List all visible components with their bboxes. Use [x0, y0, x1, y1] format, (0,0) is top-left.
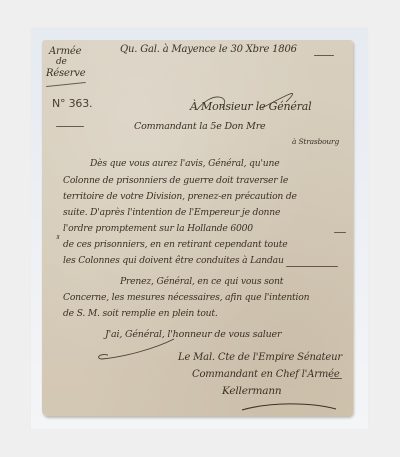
amount-dash [334, 232, 346, 233]
manuscript-letter: Armée de Réserve N° 363. Qu. Gal. à Maye… [42, 40, 353, 416]
photo-backdrop: Armée de Réserve N° 363. Qu. Gal. à Maye… [0, 0, 400, 457]
margin-reserve: Réserve [46, 68, 85, 79]
addressee-line3: à Strasbourg [292, 137, 339, 146]
addressee-flourish [192, 88, 302, 118]
body-line-5: l'ordre promptement sur la Hollande 6000 [63, 223, 253, 234]
landau-underline [286, 266, 338, 267]
margin-number: N° 363. [52, 97, 92, 110]
signature-dash [330, 378, 342, 379]
addressee-line2: Commandant la 5e Don Mre [134, 121, 265, 132]
signature-name: Kellermann [222, 385, 281, 397]
dateline: Qu. Gal. à Mayence le 30 Xbre 1806 [120, 44, 297, 55]
margin-army: Armée [49, 46, 81, 57]
margin-dash [56, 126, 84, 127]
body-line-1: Dès que vous aurez l'avis, Général, qu'u… [90, 158, 279, 169]
body-line-10: de S. M. soit remplie en plein tout. [63, 308, 218, 319]
signature-title: Le Mal. Cte de l'Empire Sénateur [178, 352, 342, 363]
signature-command: Commandant en Chef l'Armée [192, 369, 340, 380]
signature-flourish [240, 400, 340, 414]
margin-mark: ɤ [56, 233, 60, 241]
body-line-4: suite. D'après l'intention de l'Empereur… [63, 207, 280, 218]
closing-flourish [94, 335, 184, 365]
body-line-7: les Colonnes qui doivent être conduites … [63, 255, 284, 266]
body-line-9: Concerne, les mesures nécessaires, afin … [63, 292, 309, 303]
margin-de: de [56, 57, 67, 67]
dateline-tail [314, 55, 334, 56]
body-line-6: de ces prisonniers, en en retirant cepen… [63, 239, 287, 250]
body-line-3: territoire de votre Division, prenez-en … [63, 191, 297, 202]
body-line-8: Prenez, Général, en ce qui vous sont [120, 276, 283, 287]
body-line-2: Colonne de prisonniers de guerre doit tr… [63, 175, 288, 186]
margin-underline [46, 82, 86, 87]
